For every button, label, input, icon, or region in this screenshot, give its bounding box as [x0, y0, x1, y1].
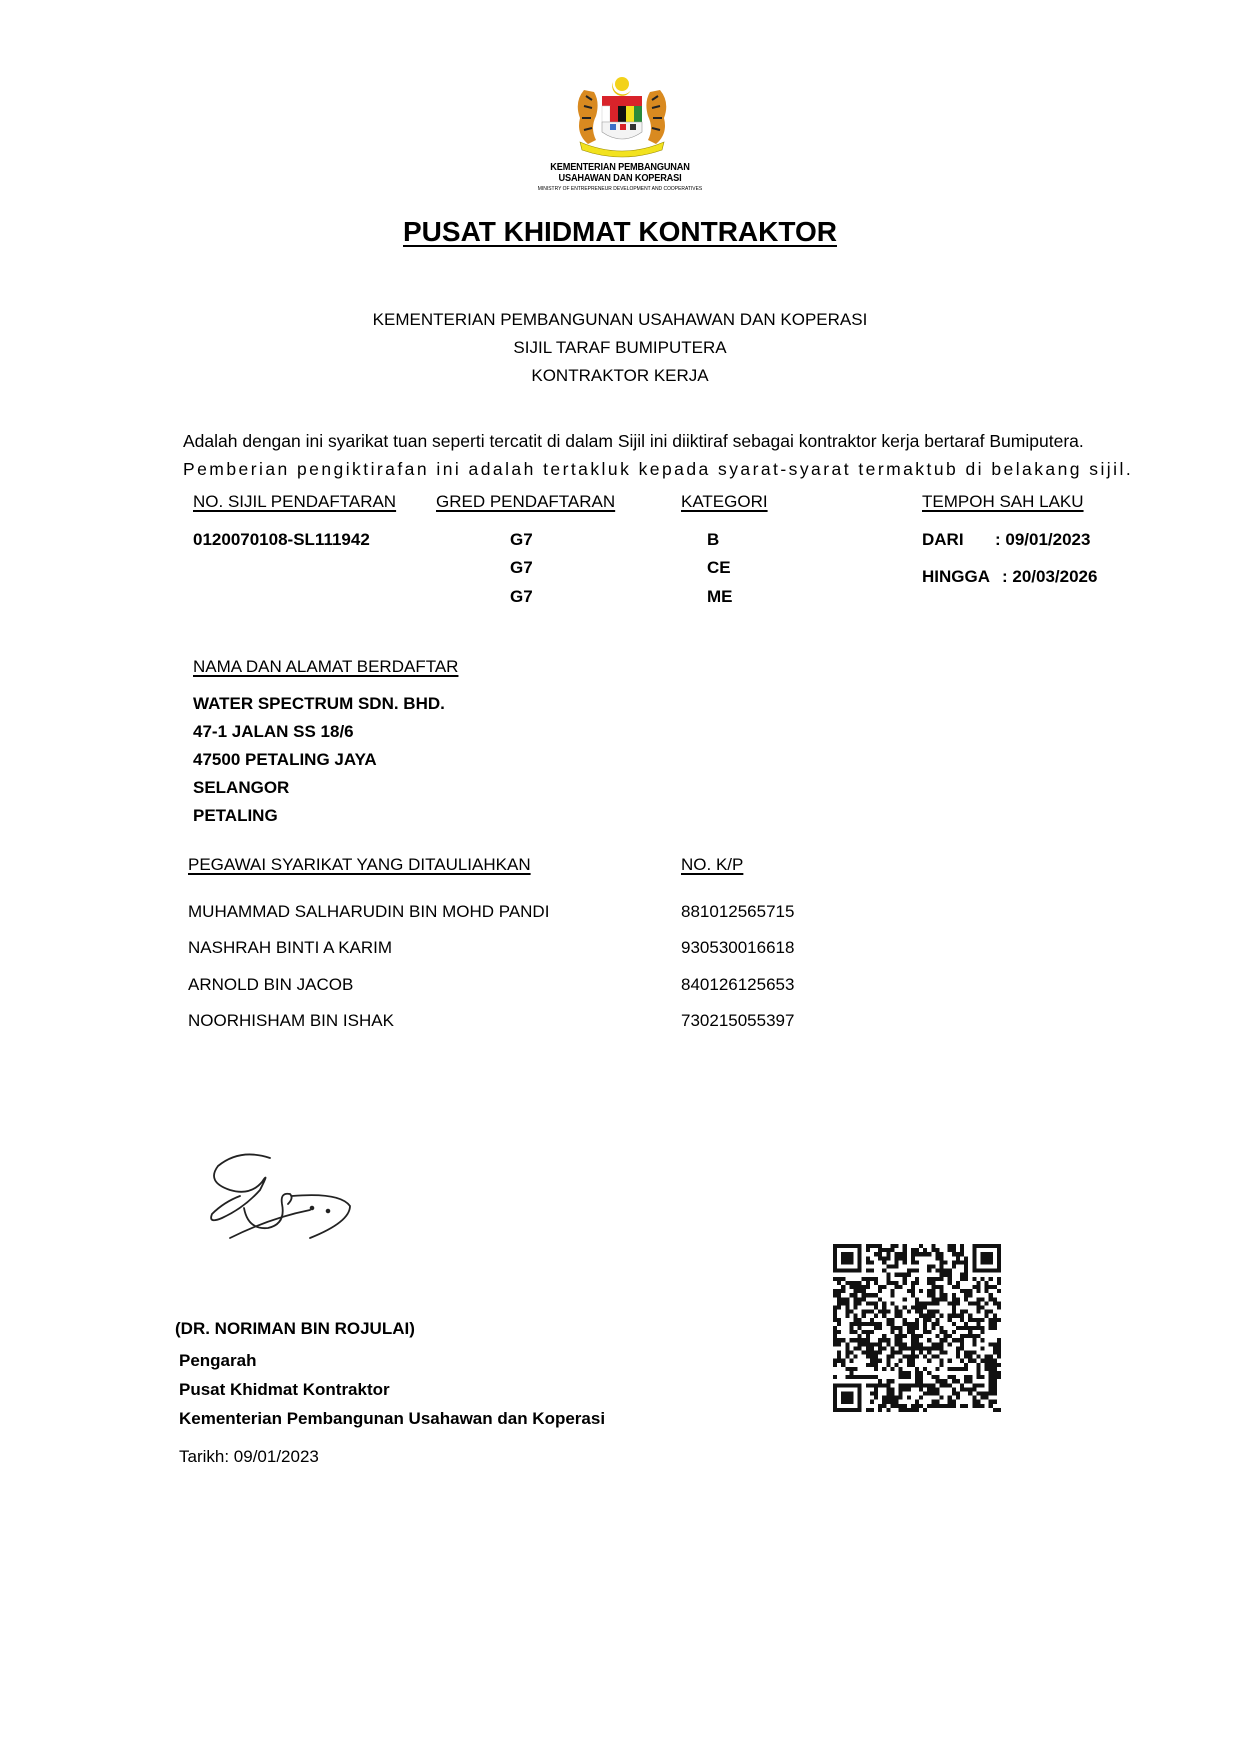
company-heading: NAMA DAN ALAMAT BERDAFTAR: [193, 657, 458, 677]
subtitle-certificate-type: SIJIL TARAF BUMIPUTERA: [0, 338, 1240, 358]
grade-3: G7: [510, 587, 533, 607]
signatory-name: (DR. NORIMAN BIN ROJULAI): [175, 1319, 415, 1339]
issue-date: Tarikh: 09/01/2023: [179, 1447, 319, 1467]
company-state: SELANGOR: [193, 778, 289, 798]
category-1: B: [707, 530, 719, 550]
ministry-name-english: MINISTRY OF ENTREPRENEUR DEVELOPMENT AND…: [512, 186, 728, 192]
header-validity: TEMPOH SAH LAKU: [922, 492, 1084, 512]
grade-2: G7: [510, 558, 533, 578]
header-cert-no: NO. SIJIL PENDAFTARAN: [193, 492, 396, 512]
officer-id: 730215055397: [681, 1011, 794, 1031]
signatory-ministry: Kementerian Pembangunan Usahawan dan Kop…: [179, 1409, 605, 1429]
subtitle-contractor-type: KONTRAKTOR KERJA: [0, 366, 1240, 386]
officer-name: NOORHISHAM BIN ISHAK: [188, 1011, 394, 1031]
officer-name: MUHAMMAD SALHARUDIN BIN MOHD PANDI: [188, 902, 549, 922]
category-2: CE: [707, 558, 731, 578]
officer-id: 930530016618: [681, 938, 794, 958]
grade-1: G7: [510, 530, 533, 550]
coat-of-arms-icon: [566, 72, 678, 160]
company-address-line2: 47500 PETALING JAYA: [193, 750, 377, 770]
ministry-name-line1: KEMENTERIAN PEMBANGUNAN: [510, 162, 731, 173]
company-district: PETALING: [193, 806, 278, 826]
document-title: PUSAT KHIDMAT KONTRAKTOR: [0, 216, 1240, 248]
company-name: WATER SPECTRUM SDN. BHD.: [193, 694, 445, 714]
header-grade: GRED PENDAFTARAN: [436, 492, 615, 512]
valid-to-label: HINGGA: [922, 567, 990, 587]
subtitle-ministry: KEMENTERIAN PEMBANGUNAN USAHAWAN DAN KOP…: [0, 310, 1240, 330]
valid-to-date: : 20/03/2026: [1002, 567, 1097, 587]
header-category: KATEGORI: [681, 492, 768, 512]
intro-line1: Adalah dengan ini syarikat tuan seperti …: [183, 431, 1165, 452]
valid-from-label: DARI: [922, 530, 964, 550]
signatory-department: Pusat Khidmat Kontraktor: [179, 1380, 390, 1400]
officer-name: NASHRAH BINTI A KARIM: [188, 938, 392, 958]
officer-id: 881012565715: [681, 902, 794, 922]
signatory-position: Pengarah: [179, 1351, 256, 1371]
officer-id: 840126125653: [681, 975, 794, 995]
qr-code-icon: [833, 1244, 1001, 1412]
ministry-name-line2: USAHAWAN DAN KOPERASI: [510, 173, 731, 184]
officer-name: ARNOLD BIN JACOB: [188, 975, 353, 995]
intro-line2: Pemberian pengiktirafan ini adalah terta…: [183, 459, 1165, 480]
category-3: ME: [707, 587, 733, 607]
company-address-line1: 47-1 JALAN SS 18/6: [193, 722, 354, 742]
officers-heading: PEGAWAI SYARIKAT YANG DITAULIAHKAN: [188, 855, 531, 875]
signature-icon: [200, 1148, 370, 1240]
officers-id-heading: NO. K/P: [681, 855, 743, 875]
cert-number: 0120070108-SL111942: [193, 530, 370, 550]
valid-from-date: : 09/01/2023: [995, 530, 1090, 550]
